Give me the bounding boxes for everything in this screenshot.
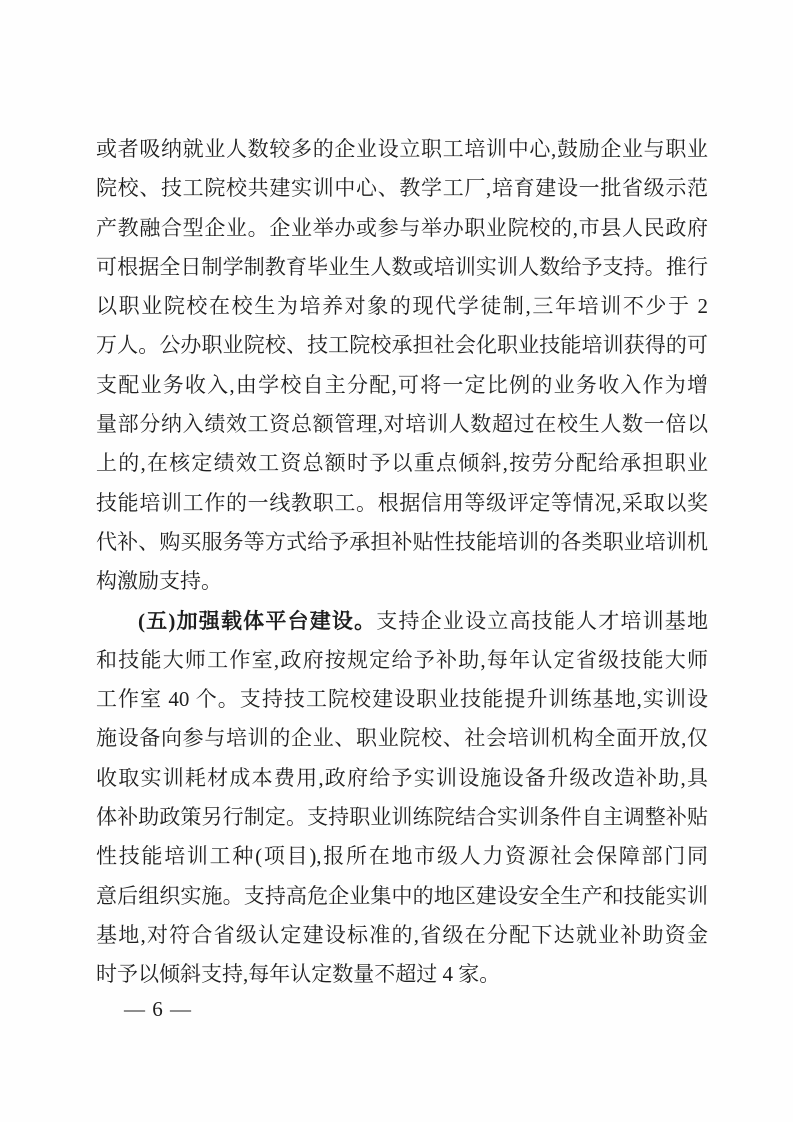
text-line: 时予以倾斜支持,每年认定数量不超过 4 家。 — [96, 955, 708, 994]
text-line: 性技能培训工种(项目),报所在地市级人力资源社会保障部门同 — [96, 837, 708, 876]
text-line-with-heading: (五)加强载体平台建设。支持企业设立高技能人才培训基地 — [96, 602, 708, 641]
text-line: 意后组织实施。支持高危企业集中的地区建设安全生产和技能实训 — [96, 877, 708, 916]
text-line: 上的,在核定绩效工资总额时予以重点倾斜,按劳分配给承担职业 — [96, 444, 708, 483]
page-number: — 6 — — [124, 997, 192, 1022]
document-page: 或者吸纳就业人数较多的企业设立职工培训中心,鼓励企业与职业 院校、技工院校共建实… — [0, 0, 793, 1122]
text-line: 院校、技工院校共建实训中心、教学工厂,培育建设一批省级示范 — [96, 169, 708, 208]
text-line: 支配业务收入,由学校自主分配,可将一定比例的业务收入作为增 — [96, 366, 708, 405]
text-line: 以职业院校在校生为培养对象的现代学徒制,三年培训不少于 2 — [96, 287, 708, 326]
text-block: 或者吸纳就业人数较多的企业设立职工培训中心,鼓励企业与职业 院校、技工院校共建实… — [96, 130, 708, 995]
text-line: 基地,对符合省级认定建设标准的,省级在分配下达就业补助资金 — [96, 916, 708, 955]
text-line: 可根据全日制学制教育毕业生人数或培训实训人数给予支持。推行 — [96, 248, 708, 287]
text-line: 代补、购买服务等方式给予承担补贴性技能培训的各类职业培训机 — [96, 523, 708, 562]
text-line: 产教融合型企业。企业举办或参与举办职业院校的,市县人民政府 — [96, 209, 708, 248]
section-heading: (五)加强载体平台建设。 — [138, 609, 376, 633]
paragraph-2: (五)加强载体平台建设。支持企业设立高技能人才培训基地 和技能大师工作室,政府按… — [96, 602, 708, 995]
text-line: 技能培训工作的一线教职工。根据信用等级评定等情况,采取以奖 — [96, 484, 708, 523]
text-line: 万人。公办职业院校、技工院校承担社会化职业技能培训获得的可 — [96, 326, 708, 365]
text-line: 或者吸纳就业人数较多的企业设立职工培训中心,鼓励企业与职业 — [96, 130, 708, 169]
text-line: 收取实训耗材成本费用,政府给予实训设施设备升级改造补助,具 — [96, 759, 708, 798]
text-line: 工作室 40 个。支持技工院校建设职业技能提升训练基地,实训设 — [96, 680, 708, 719]
text-line: 量部分纳入绩效工资总额管理,对培训人数超过在校生人数一倍以 — [96, 405, 708, 444]
text-line: 体补助政策另行制定。支持职业训练院结合实训条件自主调整补贴 — [96, 798, 708, 837]
paragraph-1: 或者吸纳就业人数较多的企业设立职工培训中心,鼓励企业与职业 院校、技工院校共建实… — [96, 130, 708, 602]
text-line: 构激励支持。 — [96, 562, 708, 601]
text-line: 施设备向参与培训的企业、职业院校、社会培训机构全面开放,仅 — [96, 719, 708, 758]
text-line: 和技能大师工作室,政府按规定给予补助,每年认定省级技能大师 — [96, 641, 708, 680]
section-body-start: 支持企业设立高技能人才培训基地 — [376, 609, 708, 633]
